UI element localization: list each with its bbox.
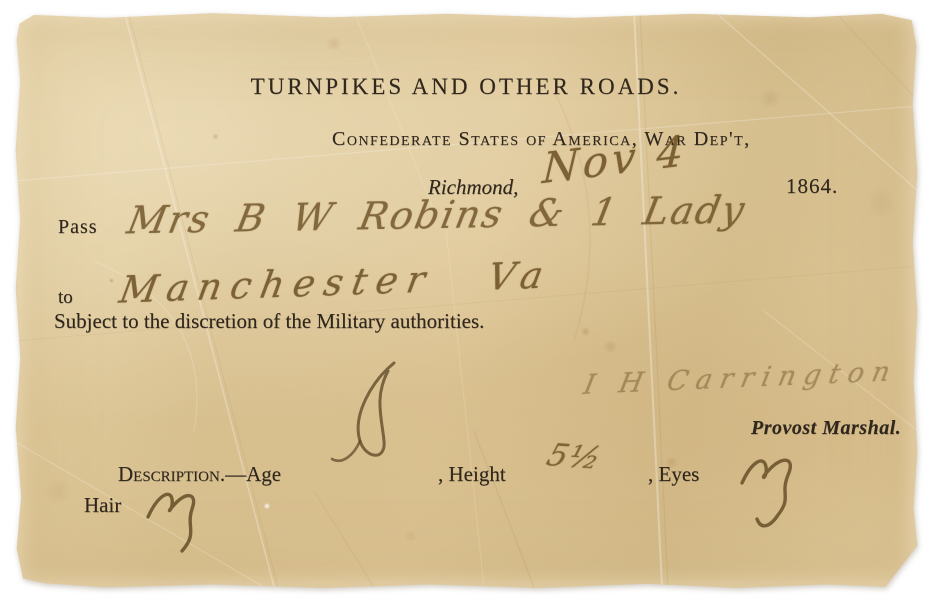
destination-handwriting: Manchester Va	[116, 253, 555, 311]
stain	[580, 327, 591, 336]
white-fleck	[264, 503, 270, 509]
scanned-document: TURNPIKES AND OTHER ROADS. Confederate S…	[14, 11, 918, 589]
hair-label: Hair	[84, 493, 121, 518]
to-label: to	[58, 287, 73, 309]
year-label: 1864.	[786, 174, 838, 199]
pass-label: Pass	[58, 216, 98, 239]
document-title: TURNPIKES AND OTHER ROADS.	[14, 74, 918, 100]
pass-holder-handwriting: Mrs B W Robins & 1 Lady	[124, 188, 750, 243]
stain	[402, 531, 420, 541]
hair-handwriting-scribble	[140, 477, 245, 562]
stain	[324, 37, 344, 50]
stain	[602, 341, 619, 352]
stain	[42, 479, 74, 503]
height-label: , Height	[438, 462, 506, 487]
condition-line: Subject to the discretion of the Militar…	[54, 309, 484, 334]
pen-flourish	[322, 357, 422, 469]
stain	[212, 133, 219, 140]
stain	[870, 181, 892, 225]
provost-signature-handwriting: I H Carrington	[581, 356, 901, 401]
age-label: Age	[246, 462, 281, 486]
pass-paper: TURNPIKES AND OTHER ROADS. Confederate S…	[14, 11, 918, 589]
eyes-handwriting-scribble	[734, 447, 844, 547]
height-handwriting: 5½	[542, 437, 607, 476]
eyes-label: , Eyes	[648, 462, 699, 487]
provost-marshal-label: Provost Marshal.	[751, 417, 901, 440]
stain	[109, 278, 114, 283]
